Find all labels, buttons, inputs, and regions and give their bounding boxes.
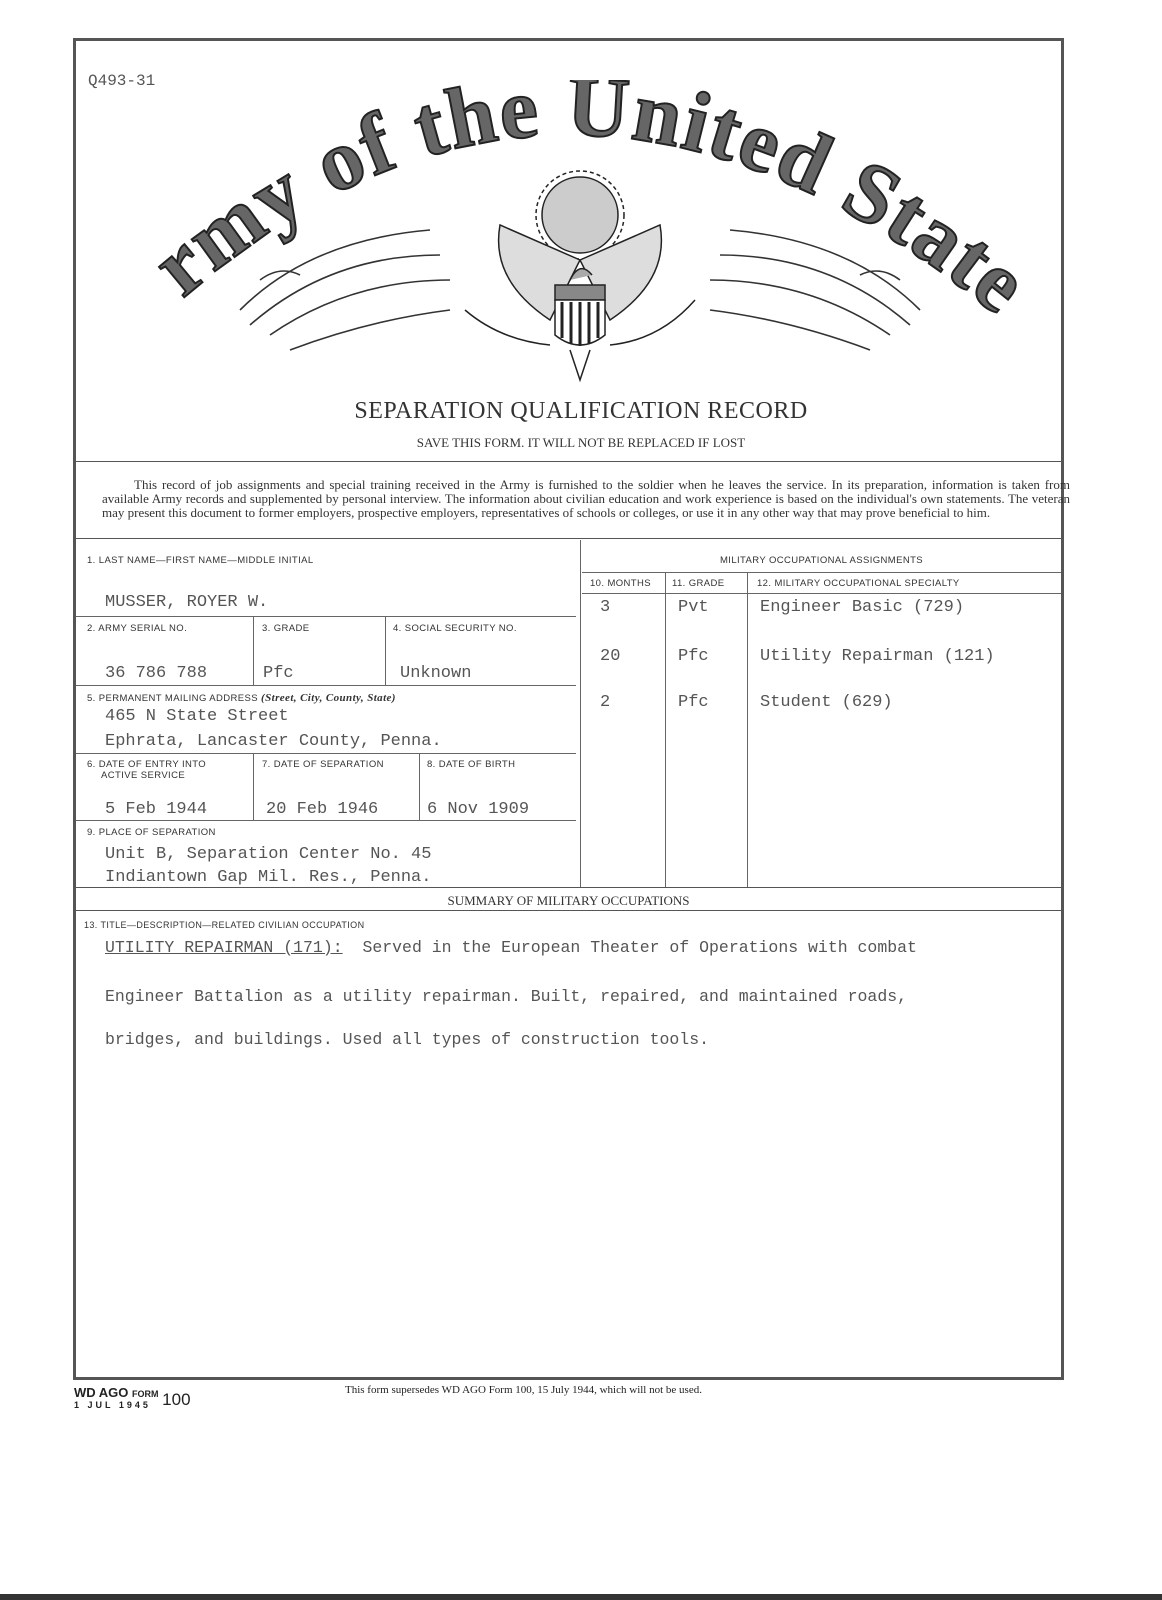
army-banner-with-eagle-seal: Army of the United States — [130, 80, 1030, 390]
separation-place-line2: Indiantown Gap Mil. Res., Penna. — [105, 868, 431, 887]
grade-label: 3. Grade — [262, 623, 310, 634]
serial-value: 36 786 788 — [105, 664, 207, 683]
assignments-header: MILITARY OCCUPATIONAL ASSIGNMENTS — [582, 555, 1061, 566]
summary-line3: bridges, and buildings. Used all types o… — [105, 1030, 709, 1049]
scan-edge — [0, 1594, 1162, 1600]
summary-header: SUMMARY OF MILITARY OCCUPATIONS — [76, 893, 1061, 909]
name-value: MUSSER, ROYER W. — [105, 593, 268, 612]
col-grade: 11. GRADE — [672, 578, 725, 589]
ssn-value: Unknown — [400, 664, 471, 683]
address-label: 5. Permanent mailing address (Street, Ci… — [87, 692, 396, 704]
supersedes-note: This form supersedes WD AGO Form 100, 15… — [345, 1384, 702, 1396]
summary-label: 13. TITLE—DESCRIPTION—RELATED CIVILIAN O… — [84, 920, 364, 930]
separation-date-label: 7. Date of separation — [262, 759, 384, 770]
ssn-label: 4. Social security No. — [393, 623, 517, 634]
separation-date-value: 20 Feb 1946 — [266, 800, 378, 819]
entry-date-value: 5 Feb 1944 — [105, 800, 207, 819]
summary-line2: Engineer Battalion as a utility repairma… — [105, 987, 907, 1006]
birth-date-label: 8. Date of birth — [427, 759, 515, 770]
separation-place-label: 9. Place of separation — [87, 827, 216, 838]
name-label: 1. Last name—first name—middle initial — [87, 555, 314, 566]
entry-date-label: 6. Date of entry intoactive service — [87, 759, 206, 781]
form-title: SEPARATION QUALIFICATION RECORD — [0, 398, 1162, 425]
intro-paragraph: This record of job assignments and speci… — [102, 478, 1070, 520]
separation-place-line1: Unit B, Separation Center No. 45 — [105, 845, 431, 864]
divider — [76, 538, 1061, 539]
form-subtitle: SAVE THIS FORM. IT WILL NOT BE REPLACED … — [0, 435, 1162, 451]
summary-line1: UTILITY REPAIRMAN (171): Served in the E… — [105, 938, 917, 957]
address-line2: Ephrata, Lancaster County, Penna. — [105, 732, 442, 751]
col-months: 10. MONTHS — [590, 578, 651, 589]
divider — [76, 461, 1061, 462]
serial-label: 2. Army serial No. — [87, 623, 187, 634]
birth-date-value: 6 Nov 1909 — [427, 800, 529, 819]
eagle-seal-icon — [465, 171, 695, 380]
form-identifier: WD AGO FORM 100 1 JUL 1945 — [74, 1385, 191, 1410]
col-specialty: 12. MILITARY OCCUPATIONAL SPECIALTY — [757, 578, 960, 589]
address-line1: 465 N State Street — [105, 707, 289, 726]
grade-value: Pfc — [263, 664, 294, 683]
occupation-title: UTILITY REPAIRMAN (171): — [105, 938, 343, 957]
